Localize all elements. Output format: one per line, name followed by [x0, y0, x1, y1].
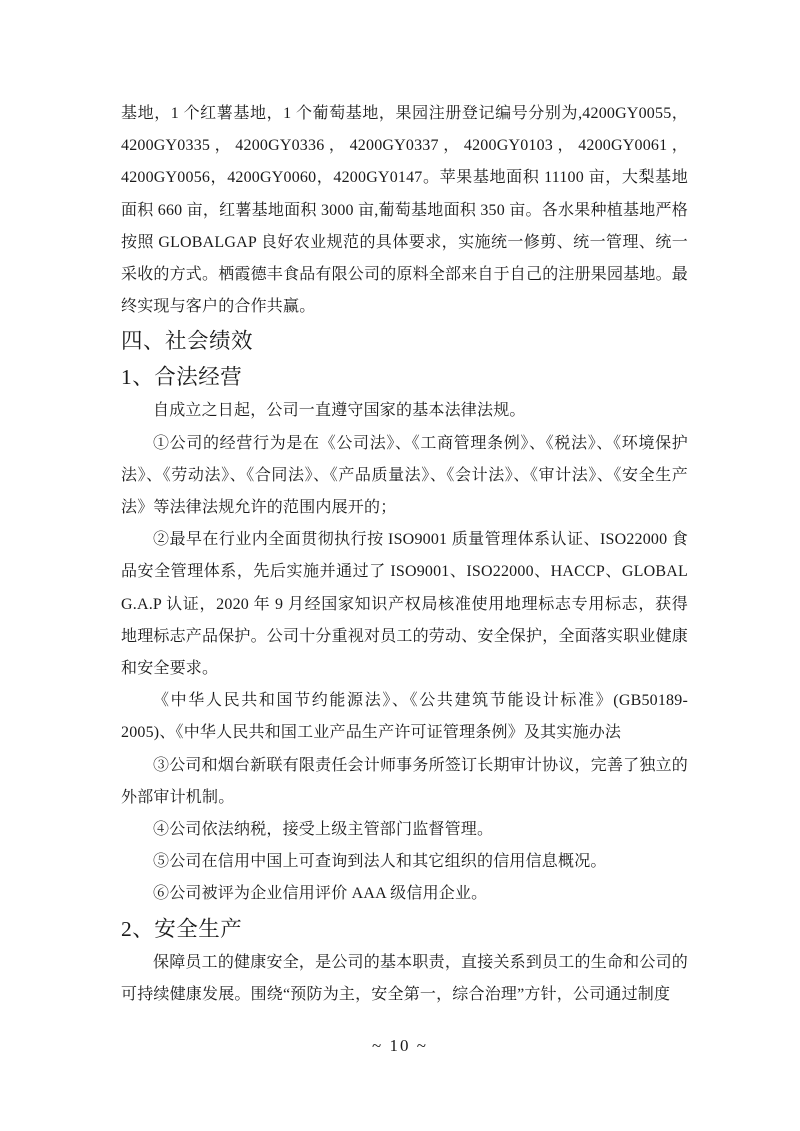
- paragraph-item-6-aaa-credit-rating: ⑥公司被评为企业信用评价 AAA 级信用企业。: [121, 878, 688, 910]
- document-body: 基地，1 个红薯基地，1 个葡萄基地，果园注册登记编号分别为,4200GY005…: [121, 98, 688, 1011]
- paragraph-orchard-registration: 基地，1 个红薯基地，1 个葡萄基地，果园注册登记编号分别为,4200GY005…: [121, 98, 688, 323]
- paragraph-item-2-certifications: ②最早在行业内全面贯彻执行按 ISO9001 质量管理体系认证、ISO22000…: [121, 524, 688, 685]
- document-page: 基地，1 个红薯基地，1 个葡萄基地，果园注册登记编号分别为,4200GY005…: [0, 0, 800, 1131]
- paragraph-legal-compliance-intro: 自成立之日起，公司一直遵守国家的基本法律法规。: [121, 395, 688, 427]
- paragraph-safety-responsibility: 保障员工的健康安全，是公司的基本职责，直接关系到员工的生命和公司的可持续健康发展…: [121, 947, 688, 1011]
- paragraph-item-5-credit-china: ⑤公司在信用中国上可查询到法人和其它组织的信用信息概况。: [121, 846, 688, 878]
- heading-section-4-social-performance: 四、社会绩效: [121, 323, 688, 359]
- paragraph-energy-law-references: 《中华人民共和国节约能源法》、《公共建筑节能设计标准》(GB50189-2005…: [121, 685, 688, 749]
- page-number: ~ 10 ~: [0, 1034, 800, 1058]
- paragraph-item-1-business-scope-laws: ①公司的经营行为是在《公司法》、《工商管理条例》、《税法》、《环境保护法》、《劳…: [121, 428, 688, 525]
- heading-2-safe-production: 2、安全生产: [121, 911, 688, 947]
- heading-1-legal-operation: 1、合法经营: [121, 359, 688, 395]
- paragraph-item-3-audit-agreement: ③公司和烟台新联有限责任会计师事务所签订长期审计协议，完善了独立的外部审计机制。: [121, 750, 688, 814]
- paragraph-item-4-tax-compliance: ④公司依法纳税，接受上级主管部门监督管理。: [121, 814, 688, 846]
